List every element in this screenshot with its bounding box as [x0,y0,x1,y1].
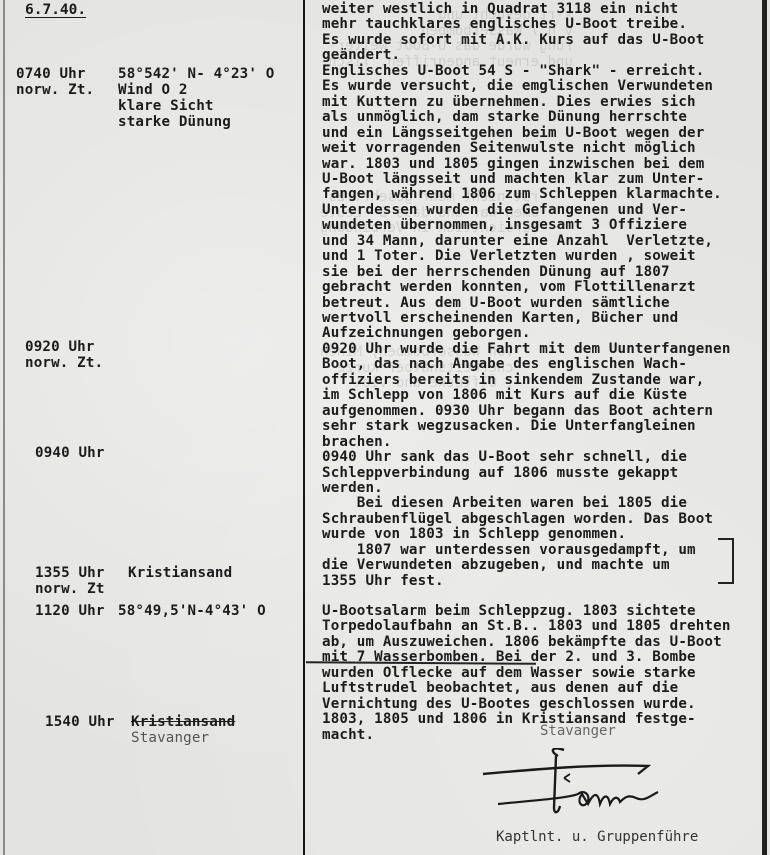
alarm-line: U-Bootsalarm beim Schleppzug. 1803 sicht… [322,604,696,620]
body-line: aufgenommen. 0930 Uhr begann das Boot ac… [322,404,713,420]
signature [478,748,668,820]
body-line: 0920 Uhr wurde die Fahrt mit dem Uunterf… [322,342,731,358]
hand-bracket-mark [718,538,734,584]
body-line: und 34 Mann, darunter eine Anzahl Verlet… [322,234,713,250]
body-line: Es wurde sofort mit A.K. Kurs auf das U-… [322,33,704,49]
body-line: offiziers bereits in sinkendem Zustande … [322,373,704,389]
body-line: Schleppverbindung auf 1806 musste gekapp… [322,466,678,482]
body-line: Bei diesen Arbeiten waren bei 1805 die [322,496,687,512]
body-line: weiter westlich in Quadrat 3118 ein nich… [322,2,678,18]
alarm-line: Torpedolaufbahn an St.B.. 1803 und 1805 … [322,619,731,635]
body-line: 0940 Uhr sank das U-Boot sehr schnell, d… [322,450,687,466]
body-line: Aufzeichnungen geborgen. [322,326,531,342]
alarm-line: Luftstrudel beobachtet, aus denen auf di… [322,681,678,697]
time-0920: 0920 Uhr [25,340,95,356]
body-line: im Schlepp von 1806 mit Kurs auf die Küs… [322,388,687,404]
entry-date: 6.7.40. [25,2,86,18]
alarm-line: ab, um Auszuweichen. 1806 bekämpfte das … [322,635,722,651]
body-line: werden. [322,481,383,497]
body-line: 1807 war unterdessen vorausgedampft, um [322,543,696,559]
time-0940: 0940 Uhr [35,446,105,462]
time-1540: 1540 Uhr [45,715,115,731]
alarm-line: macht. [322,728,374,744]
body-line: geändert. [322,48,400,64]
body-line: sehr stark wegzusacken. Die Unterfanglei… [322,419,696,435]
right-border-line [762,0,767,855]
place-1540-corrected: Stavanger [131,731,209,747]
place-1355: Kristiansand [128,566,232,582]
document-page: --rt gesucht und v n 7 Wasserbomben rung… [0,0,770,855]
body-line: Es wurde versucht, die emglischen Verwun… [322,79,713,95]
body-line: betreut. Aus dem U-Boot wurden sämtliche [322,296,670,312]
body-line: und 1 Toter. Die Verletzten wurden , sow… [322,249,696,265]
zone-1355: norw. Zt [35,582,105,598]
condition-wind: Wind O 2 [118,83,188,99]
left-page-edge [3,0,5,855]
correction-stavanger: Stavanger [540,723,616,739]
body-line: U-Boot längsseit und machten klar zum Un… [322,172,704,188]
body-line: und ein Längsseitgehen beim U-Boot wegen… [322,126,704,142]
body-line: weit vorragenden Seitenwulste nicht mögl… [322,141,696,157]
body-line: sie bei der herrschenden Dünung auf 1807 [322,265,670,281]
body-line: mehr tauchklares englisches U-Boot treib… [322,17,687,33]
body-line: 1355 Uhr fest. [322,574,444,590]
time-1120: 1120 Uhr [35,604,105,620]
body-line: Unterdessen wurden die Gefangenen und Ve… [322,203,687,219]
body-line: Englisches U-Boot 54 S - "Shark" - errei… [322,64,704,80]
alarm-line: wurden Olflecke auf dem Wasser sowie sta… [322,666,696,682]
zone-0920: norw. Zt. [25,356,103,372]
body-line: wundeten übernommen, insgesamt 3 Offizie… [322,218,687,234]
body-line: fangen, während 1806 zum Schleppen klarm… [322,187,722,203]
time-0740: 0740 Uhr [16,67,86,83]
condition-swell: starke Dünung [118,115,231,131]
body-line: wertvoll erscheinenden Karten, Bücher un… [322,311,678,327]
body-line: brachen. [322,435,392,451]
body-line: wurde von 1803 in Schlepp genommen. [322,527,626,543]
alarm-line: Vernichtung des U-Bootes geschlossen wur… [322,697,696,713]
time-1355: 1355 Uhr [35,566,105,582]
body-line: mit Kuttern zu übernehmen. Dies erwies s… [322,95,696,111]
body-line: die Verwundeten abzugeben, und machte um [322,558,670,574]
body-line: Schraubenflügel abgeschlagen worden. Das… [322,512,713,528]
body-line: als unmöglich, dam starke Dünung herrsch… [322,110,687,126]
position-1120: 58°49,5'N-4°43' O [118,604,266,620]
position-0740: 58°542' N- 4°23' O [118,67,274,83]
body-line: Boot, das nach Angabe des englischen Wac… [322,357,687,373]
body-line: gebracht werden konnten, vom Flottillena… [322,280,696,296]
body-line: war. 1803 und 1805 gingen inzwischen bei… [322,157,704,173]
zone-0740: norw. Zt. [16,83,94,99]
signature-title: Kaptlnt. u. Gruppenführe [496,829,698,845]
condition-visibility: klare Sicht [118,99,214,115]
place-1540-struck: Kristiansand [131,715,235,731]
alarm-line: 1803, 1805 und 1806 in Kristiansand fest… [322,712,696,728]
column-divider [303,0,305,855]
